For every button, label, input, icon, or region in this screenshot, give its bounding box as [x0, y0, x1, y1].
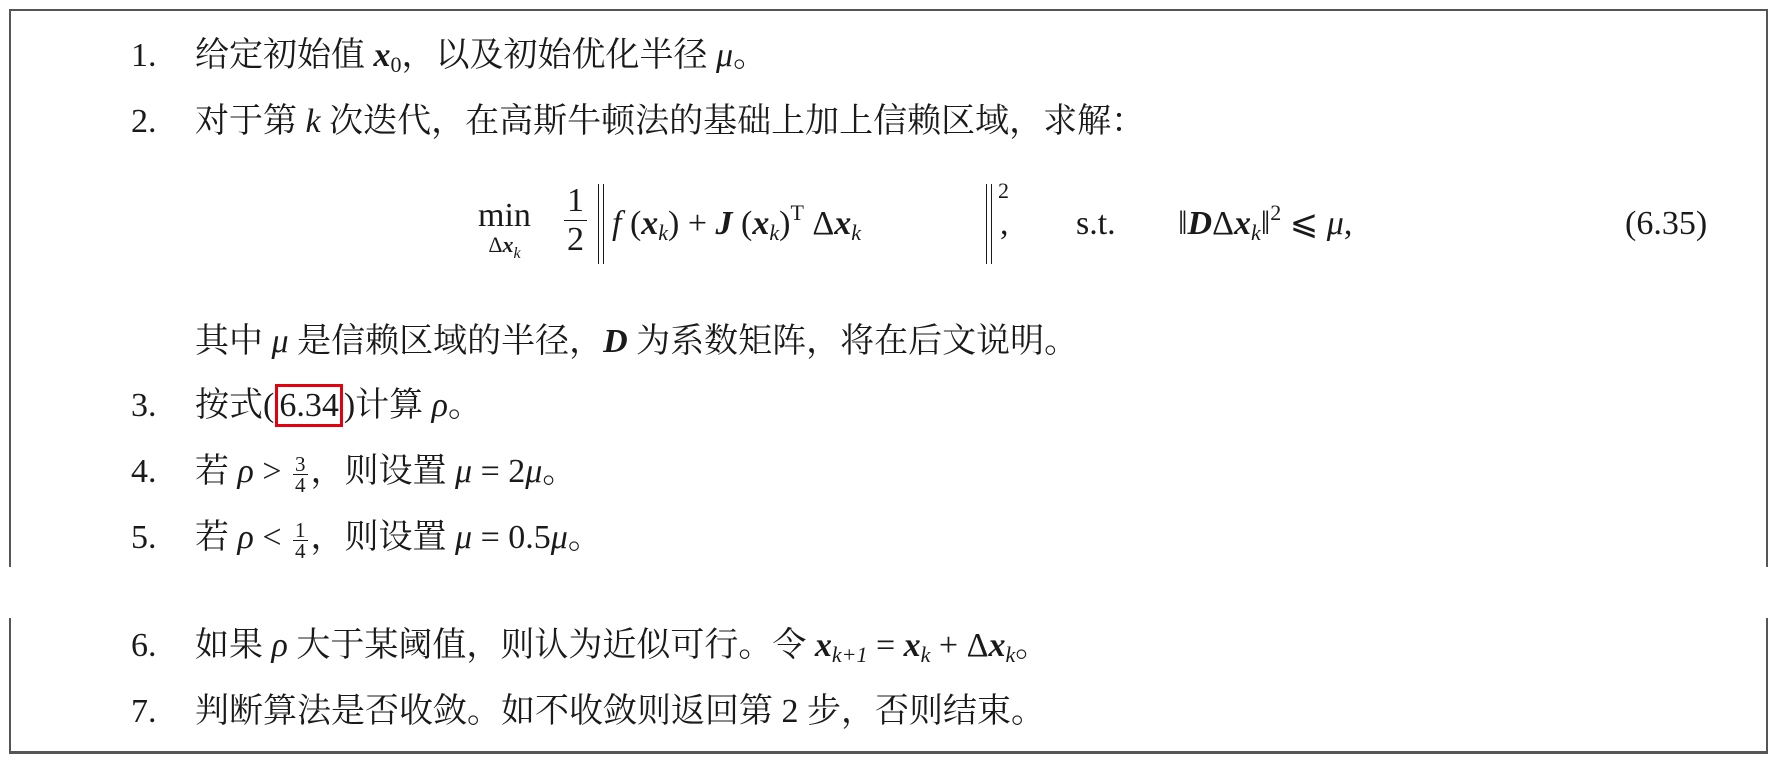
- min-operator: min Δxk: [478, 198, 531, 256]
- norm-bar-right: [986, 184, 992, 264]
- step-number: 7.: [131, 692, 157, 732]
- equation-reference-link[interactable]: 6.34: [275, 384, 343, 427]
- step-text: 给定初始值 x0，以及初始优化半径 μ。: [195, 36, 767, 76]
- step-text: 若 ρ < 14，则设置 μ = 0.5μ。: [195, 518, 602, 561]
- step-text: 若 ρ > 34，则设置 μ = 2μ。: [195, 452, 576, 495]
- norm-square: 2: [998, 178, 1009, 204]
- var-x: x: [374, 37, 391, 74]
- fraction: 34: [293, 454, 308, 495]
- step-number: 6.: [131, 626, 157, 666]
- norm-content: f (xk) + J (xk)T Δxk: [612, 204, 861, 244]
- subject-to-label: s.t.: [1076, 204, 1116, 244]
- equation-number: (6.35): [1625, 204, 1707, 244]
- step-number: 3.: [131, 386, 157, 426]
- step-text: 对于第 k 次迭代，在高斯牛顿法的基础上加上信赖区域，求解：: [195, 102, 1145, 142]
- step-text: 其中 μ 是信赖区域的半径，D 为系数矩阵，将在后文说明。: [195, 322, 1078, 362]
- fraction: 14: [293, 520, 308, 561]
- step-text: 判断算法是否收敛。如不收敛则返回第 2 步，否则结束。: [195, 692, 1045, 732]
- fraction-half: 1 2: [564, 182, 587, 259]
- var-k: k: [306, 103, 321, 140]
- constraint: ‖DΔxk‖2 ⩽ μ,: [1178, 204, 1352, 244]
- step-number: 1.: [131, 36, 157, 76]
- step-number: 2.: [131, 102, 157, 142]
- step-number: 5.: [131, 518, 157, 558]
- var-mu: μ: [716, 37, 733, 74]
- step-number: 4.: [131, 452, 157, 492]
- step-text: 如果 ρ 大于某阈值，则认为近似可行。令 xk+1 = xk + Δxk。: [195, 626, 1049, 666]
- norm-bar-left: [598, 184, 604, 264]
- step-text: 按式(6.34)计算 ρ。: [195, 386, 482, 426]
